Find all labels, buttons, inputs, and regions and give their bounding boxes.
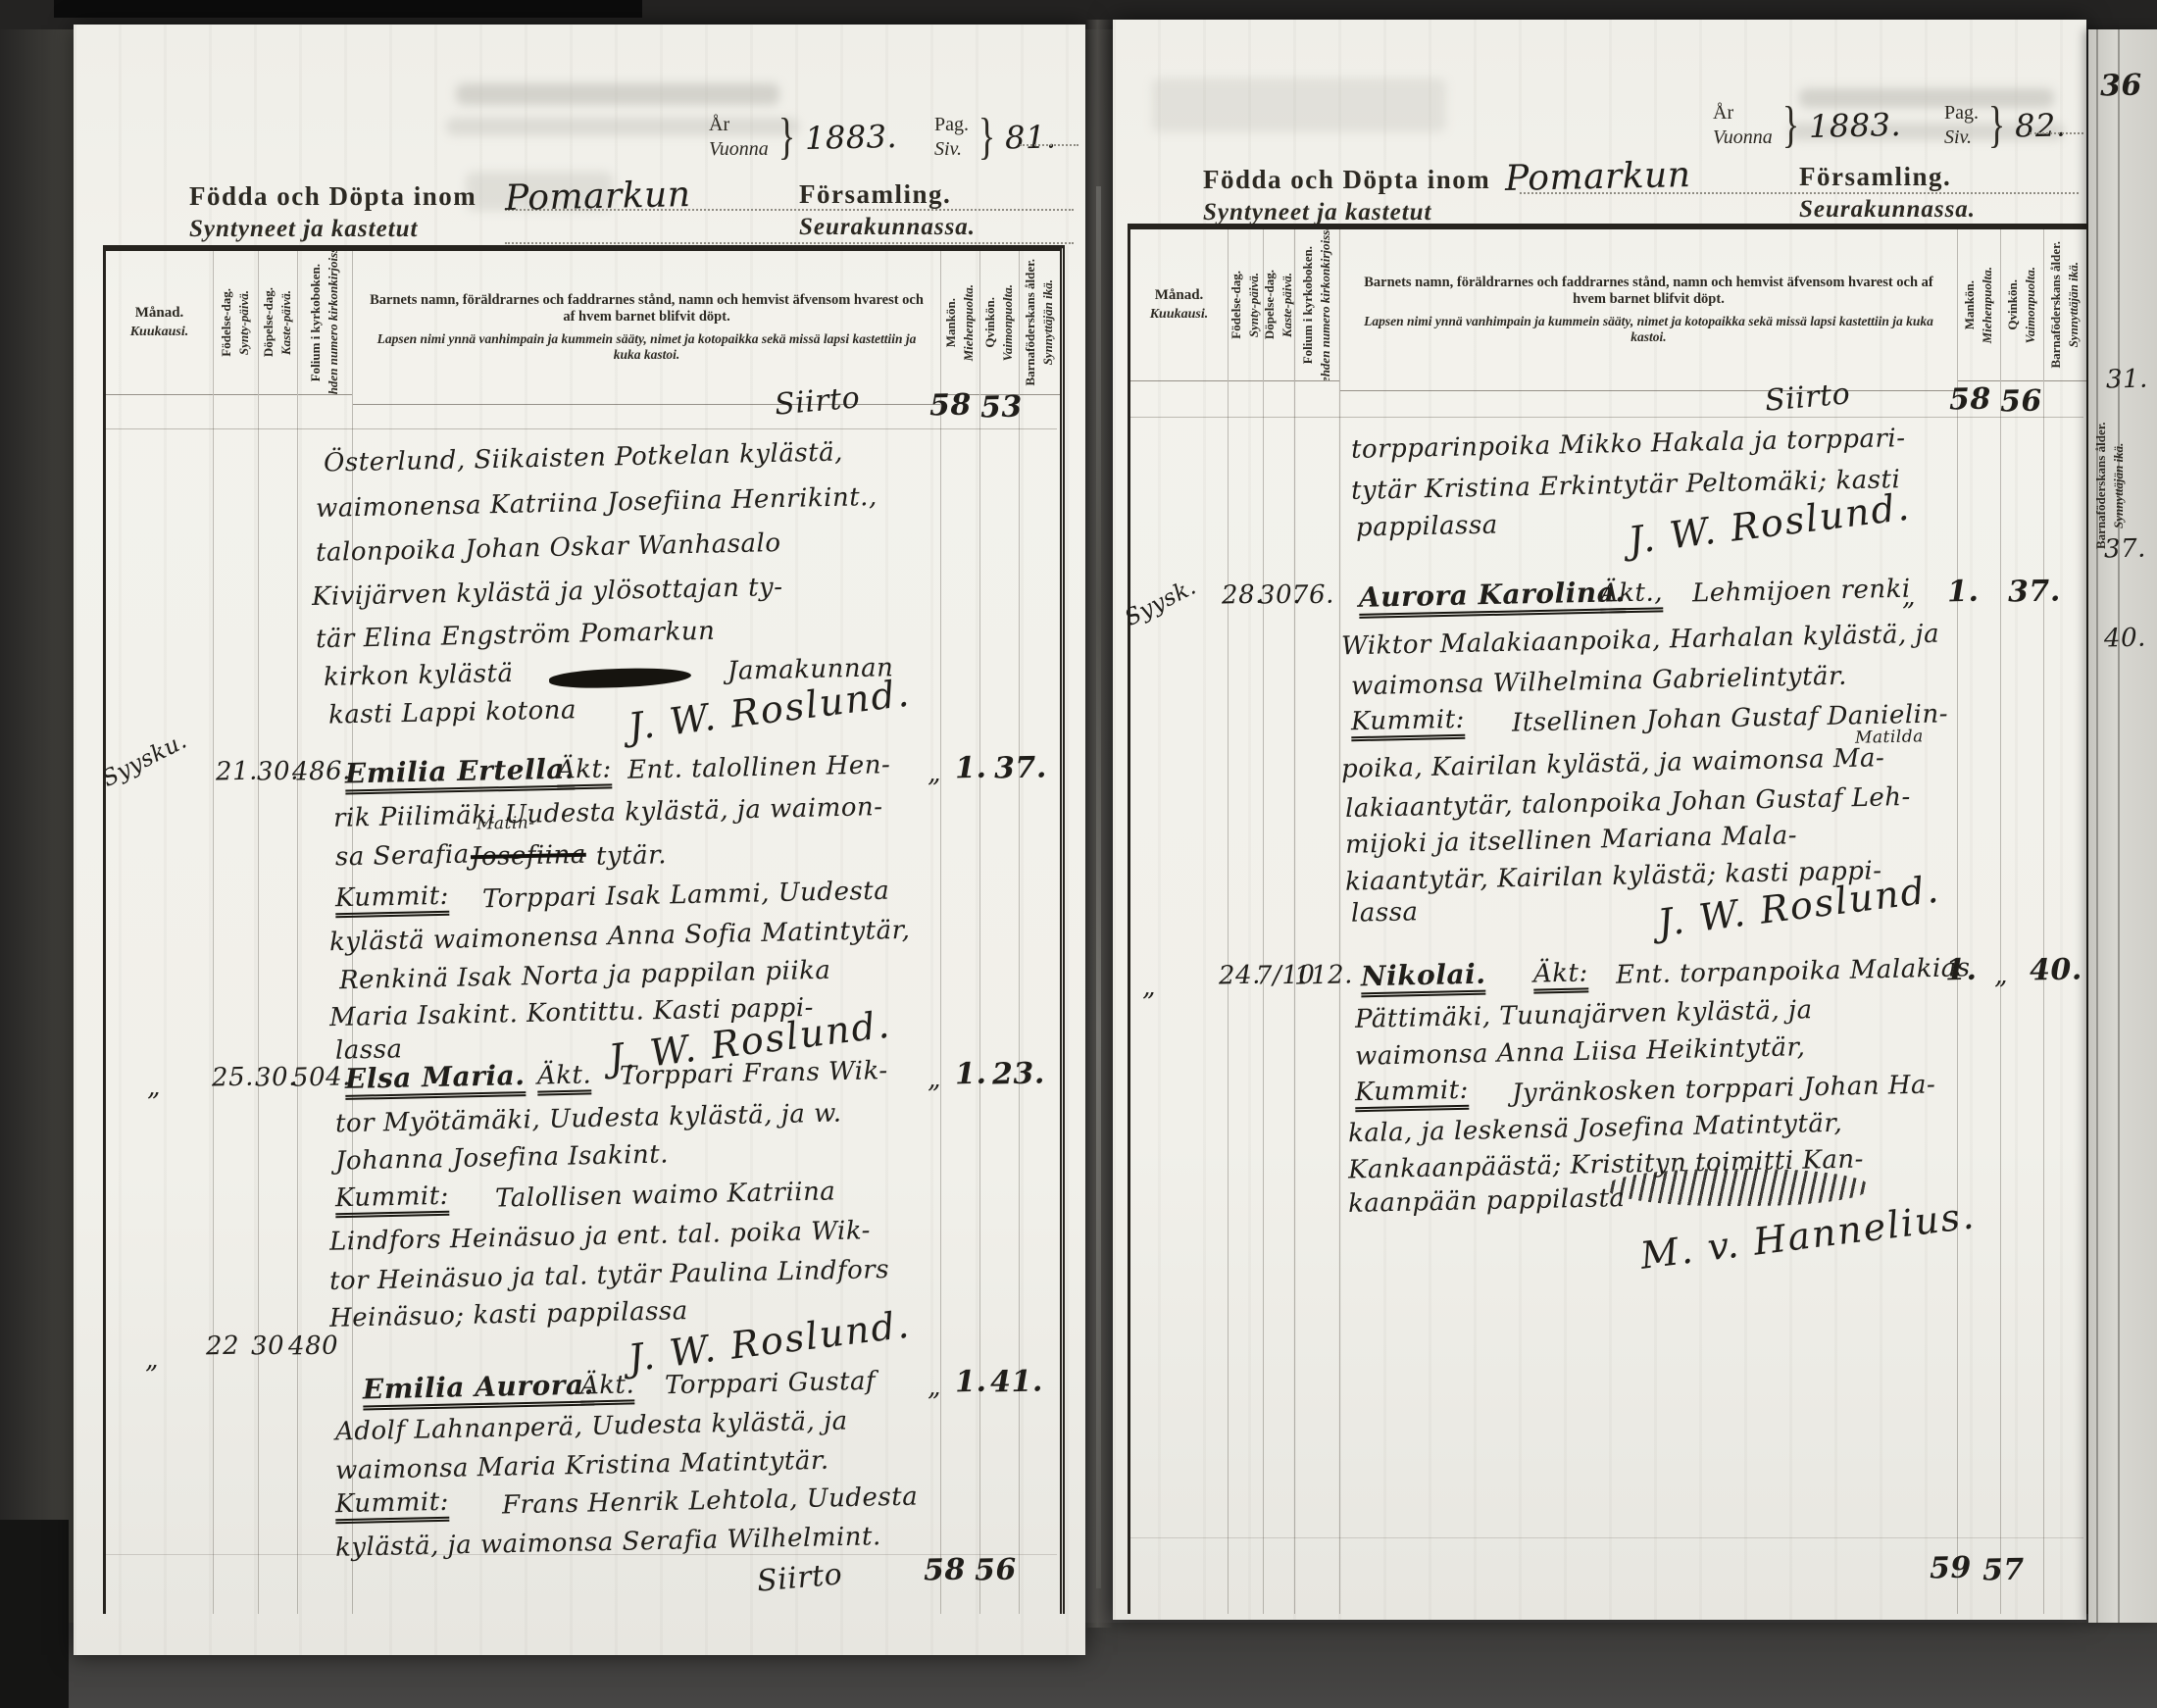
column-header: Qvinkön.Vaimonpuolta. — [2001, 229, 2043, 381]
column-header-finnish: Vaimonpuolta. — [1001, 284, 1016, 361]
column-header: Barnets namn, föräldrarnes och faddrarne… — [1340, 229, 1957, 391]
year-label-fi: Vuonna — [709, 138, 769, 160]
column-header-swedish: Döpelse-dag. — [262, 287, 276, 357]
right-page: År Vuonna } 1883. Pag. Siv. } 82. Födda … — [1113, 20, 2086, 1620]
column-header: Barnets namn, föräldrarnes och faddrarne… — [353, 251, 940, 405]
congregation-swedish: Församling. — [1799, 162, 1976, 192]
column-header: Folium i kyrkoboken.Lehden numero kirkon… — [298, 251, 352, 395]
table-column-1: Födelse-dag.Synty-päivä. — [214, 251, 259, 1614]
congregation-label: Församling. Seurakunnassa. — [1799, 162, 1976, 224]
column-header-finnish: Kuukausi. — [1150, 307, 1209, 324]
ruled-line — [2030, 132, 2083, 134]
column-header: Barnaföderskans ålder.Synnyttäjän ikä. — [2044, 229, 2086, 381]
register-table-left: Månad.Kuukausi.Födelse-dag.Synty-päivä.D… — [103, 245, 1065, 1614]
column-header-swedish: Qvinkön. — [2006, 279, 2021, 330]
column-header-finnish: Kaste-päivä. — [1280, 273, 1294, 337]
title-finnish: Syntyneet ja kastetut — [189, 216, 477, 243]
table-column-5: Mankön.Miehenpuolta. — [941, 251, 980, 1614]
column-header-finnish: Kaste-päivä. — [279, 290, 294, 355]
column-header-swedish: Mankön. — [1963, 280, 1978, 329]
pag-label-fi: Siv. — [934, 138, 962, 160]
register-title: Födda och Döpta inom Syntyneet ja kastet… — [1203, 165, 1490, 226]
corner-shadow — [0, 1520, 69, 1708]
column-header-finnish: Miehenpuolta. — [962, 284, 977, 361]
year-block: År Vuonna } 1883. — [709, 108, 897, 166]
column-header-swedish: Födelse-dag. — [1229, 271, 1244, 339]
title-swedish: Födda och Döpta inom — [189, 181, 477, 212]
column-header-swedish: Folium i kyrkoboken. — [309, 264, 324, 381]
column-header: Barnaföderskans ålder.Synnyttäjän ikä. — [1020, 251, 1060, 395]
parish-name-handwritten: Pomarkun — [505, 175, 691, 219]
page-number-value: 82. — [2015, 106, 2067, 144]
congregation-finnish: Seurakunnassa. — [799, 214, 976, 241]
register-table-right: Månad.Kuukausi.Födelse-dag.Synty-päivä.D… — [1128, 224, 2091, 1614]
ruled-line — [1020, 144, 1078, 146]
table-column-7: Barnaföderskans ålder.Synnyttäjän ikä. — [2044, 229, 2086, 1614]
column-header-swedish: Folium i kyrkoboken. — [1301, 246, 1316, 364]
register-title: Födda och Döpta inom Syntyneet ja kastet… — [189, 181, 477, 243]
table-column-6: Qvinkön.Vaimonpuolta. — [2001, 229, 2044, 1614]
column-header-swedish: Barnets namn, föräldrarnes och faddrarne… — [1356, 275, 1941, 309]
year-block: År Vuonna } 1883. — [1713, 96, 1901, 154]
row-divider — [106, 428, 1057, 429]
year-value: 1883. — [1808, 106, 1901, 145]
column-header: Mankön.Miehenpuolta. — [941, 251, 979, 395]
column-header: Döpelse-dag.Kaste-päivä. — [259, 251, 297, 395]
congregation-finnish: Seurakunnassa. — [1799, 196, 1976, 224]
table-column-4: Barnets namn, föräldrarnes och faddrarne… — [1340, 229, 1958, 1614]
column-header-finnish: Synnyttäjän ikä. — [1041, 279, 1056, 365]
page-number-block: Pag. Siv. } 81. — [934, 108, 1056, 166]
edge-col-fi: Synnyttäjän ikä. — [2112, 324, 2127, 647]
brace-glyph: } — [1988, 96, 2005, 154]
page-edge-line — [2118, 29, 2120, 1623]
table-column-0: Månad.Kuukausi. — [1130, 229, 1229, 1614]
column-header: Mankön.Miehenpuolta. — [1958, 229, 2000, 381]
column-header-finnish: Miehenpuolta. — [1981, 267, 1995, 343]
column-header: Döpelse-dag.Kaste-päivä. — [1264, 229, 1294, 381]
column-header-swedish: Barnaföderskans ålder. — [2049, 241, 2064, 369]
column-header-finnish: Lapsen nimi ynnä vanhimpain ja kummein s… — [369, 331, 925, 363]
year-label-sv: År — [1713, 102, 1733, 124]
edge-column-header: Barnaföderskans ålder. Synnyttäjän ikä. — [2094, 324, 2127, 647]
bleed-through — [456, 83, 779, 105]
column-header: Qvinkön.Vaimonpuolta. — [980, 251, 1019, 395]
title-swedish: Födda och Döpta inom — [1203, 165, 1490, 195]
photo-background-left — [0, 0, 76, 1708]
row-divider — [106, 1554, 1057, 1555]
bleed-through — [1152, 78, 1446, 132]
column-header-swedish: Månad. — [1155, 286, 1204, 304]
column-header-swedish: Barnaföderskans ålder. — [1024, 259, 1038, 386]
photo-background-top-dark — [54, 0, 642, 18]
column-header-finnish: Synty-päivä. — [237, 290, 252, 355]
pag-label-sv: Pag. — [1944, 102, 1979, 124]
table-column-7: Barnaföderskans ålder.Synnyttäjän ikä. — [1020, 251, 1060, 1614]
column-header-swedish: Döpelse-dag. — [1264, 270, 1278, 339]
next-page-edge: Barnaföderskans ålder. Synnyttäjän ikä. — [2088, 29, 2157, 1623]
table-column-5: Mankön.Miehenpuolta. — [1958, 229, 2001, 1614]
congregation-label: Församling. Seurakunnassa. — [799, 179, 976, 241]
column-header-finnish: Lehden numero kirkonkirjoissa. — [326, 251, 341, 395]
column-header-finnish: Synty-päivä. — [1247, 273, 1262, 337]
column-header-finnish: Vaimonpuolta. — [2024, 267, 2038, 343]
left-page: År Vuonna } 1883. Pag. Siv. } 81. Födda … — [74, 25, 1085, 1655]
page-edge-line — [2096, 29, 2098, 1623]
column-header-swedish: Månad. — [135, 304, 184, 322]
column-header-finnish: Lehden numero kirkonkirjoissa. — [1319, 229, 1333, 381]
title-finnish: Syntyneet ja kastetut — [1203, 199, 1490, 226]
table-column-3: Folium i kyrkoboken.Lehden numero kirkon… — [298, 251, 353, 1614]
edge-col-sv: Barnaföderskans ålder. — [2094, 324, 2109, 647]
scanned-register-photo: År Vuonna } 1883. Pag. Siv. } 81. Födda … — [0, 0, 2157, 1708]
brace-glyph: } — [1781, 96, 1798, 154]
table-column-2: Döpelse-dag.Kaste-päivä. — [1264, 229, 1295, 1614]
table-column-0: Månad.Kuukausi. — [106, 251, 214, 1614]
year-label-fi: Vuonna — [1713, 126, 1773, 148]
column-header-swedish: Qvinkön. — [983, 297, 998, 348]
table-column-1: Födelse-dag.Synty-päivä. — [1229, 229, 1264, 1614]
ruled-line — [505, 242, 1074, 244]
column-header-finnish: Lapsen nimi ynnä vanhimpain ja kummein s… — [1356, 314, 1941, 345]
parish-name-handwritten: Pomarkun — [1505, 155, 1691, 199]
column-header: Födelse-dag.Synty-päivä. — [214, 251, 258, 395]
year-value: 1883. — [804, 118, 897, 157]
row-divider — [1130, 417, 2083, 418]
row-divider — [1130, 1537, 2083, 1538]
table-column-4: Barnets namn, föräldrarnes och faddrarne… — [353, 251, 941, 1614]
column-header-swedish: Barnets namn, föräldrarnes och faddrarne… — [369, 292, 925, 327]
table-column-2: Döpelse-dag.Kaste-päivä. — [259, 251, 298, 1614]
column-header: Folium i kyrkoboken.Lehden numero kirkon… — [1295, 229, 1339, 381]
table-column-6: Qvinkön.Vaimonpuolta. — [980, 251, 1020, 1614]
pag-label-fi: Siv. — [1944, 126, 1972, 148]
column-header-swedish: Födelse-dag. — [220, 288, 234, 357]
column-header-swedish: Mankön. — [944, 298, 959, 347]
column-header-finnish: Synnyttäjän ikä. — [2067, 262, 2082, 347]
brace-glyph: } — [778, 108, 794, 166]
congregation-swedish: Församling. — [799, 179, 976, 210]
column-header: Födelse-dag.Synty-päivä. — [1229, 229, 1263, 381]
brace-glyph: } — [978, 108, 995, 166]
pag-label-sv: Pag. — [934, 114, 969, 135]
book-gutter-shadow — [1096, 186, 1101, 1588]
column-header-finnish: Kuukausi. — [130, 325, 189, 341]
year-label-sv: År — [709, 114, 729, 135]
column-header: Månad.Kuukausi. — [106, 251, 213, 395]
page-number-block: Pag. Siv. } 82. — [1944, 96, 2066, 154]
column-header: Månad.Kuukausi. — [1130, 229, 1228, 381]
page-number-value: 81. — [1005, 118, 1057, 156]
table-column-3: Folium i kyrkoboken.Lehden numero kirkon… — [1295, 229, 1340, 1614]
